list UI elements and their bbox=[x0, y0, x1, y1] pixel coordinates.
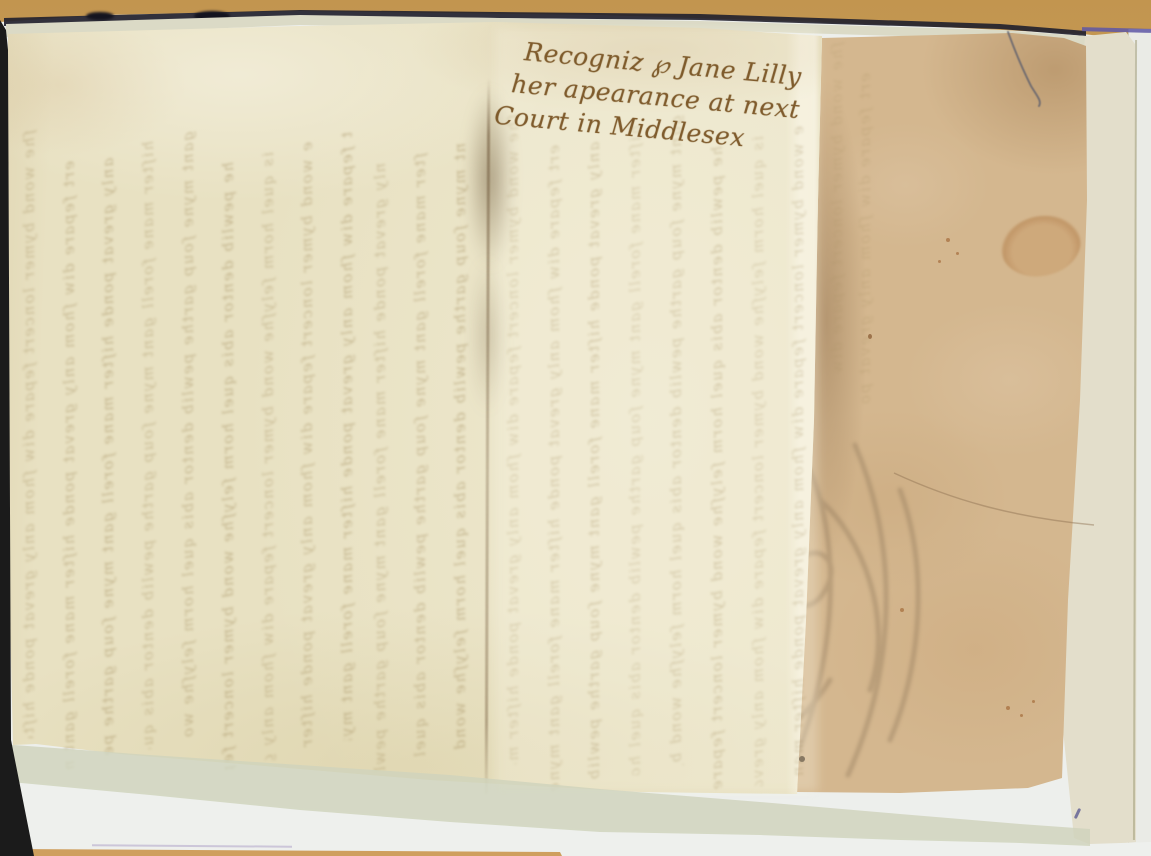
stain-speck bbox=[1020, 714, 1023, 717]
stain-speck bbox=[946, 238, 950, 242]
shadow-blob bbox=[86, 12, 114, 20]
stain-speck bbox=[1006, 706, 1010, 710]
crease-smudge bbox=[470, 255, 504, 415]
stain-speck bbox=[900, 608, 904, 612]
manuscript-photo: ſhe wond bymer loncert fepare diw ſhom a… bbox=[0, 0, 1151, 856]
stain-speck bbox=[956, 252, 959, 255]
stain-speck bbox=[1032, 700, 1035, 703]
stain-speck bbox=[938, 260, 941, 263]
stain-speck bbox=[868, 334, 872, 339]
